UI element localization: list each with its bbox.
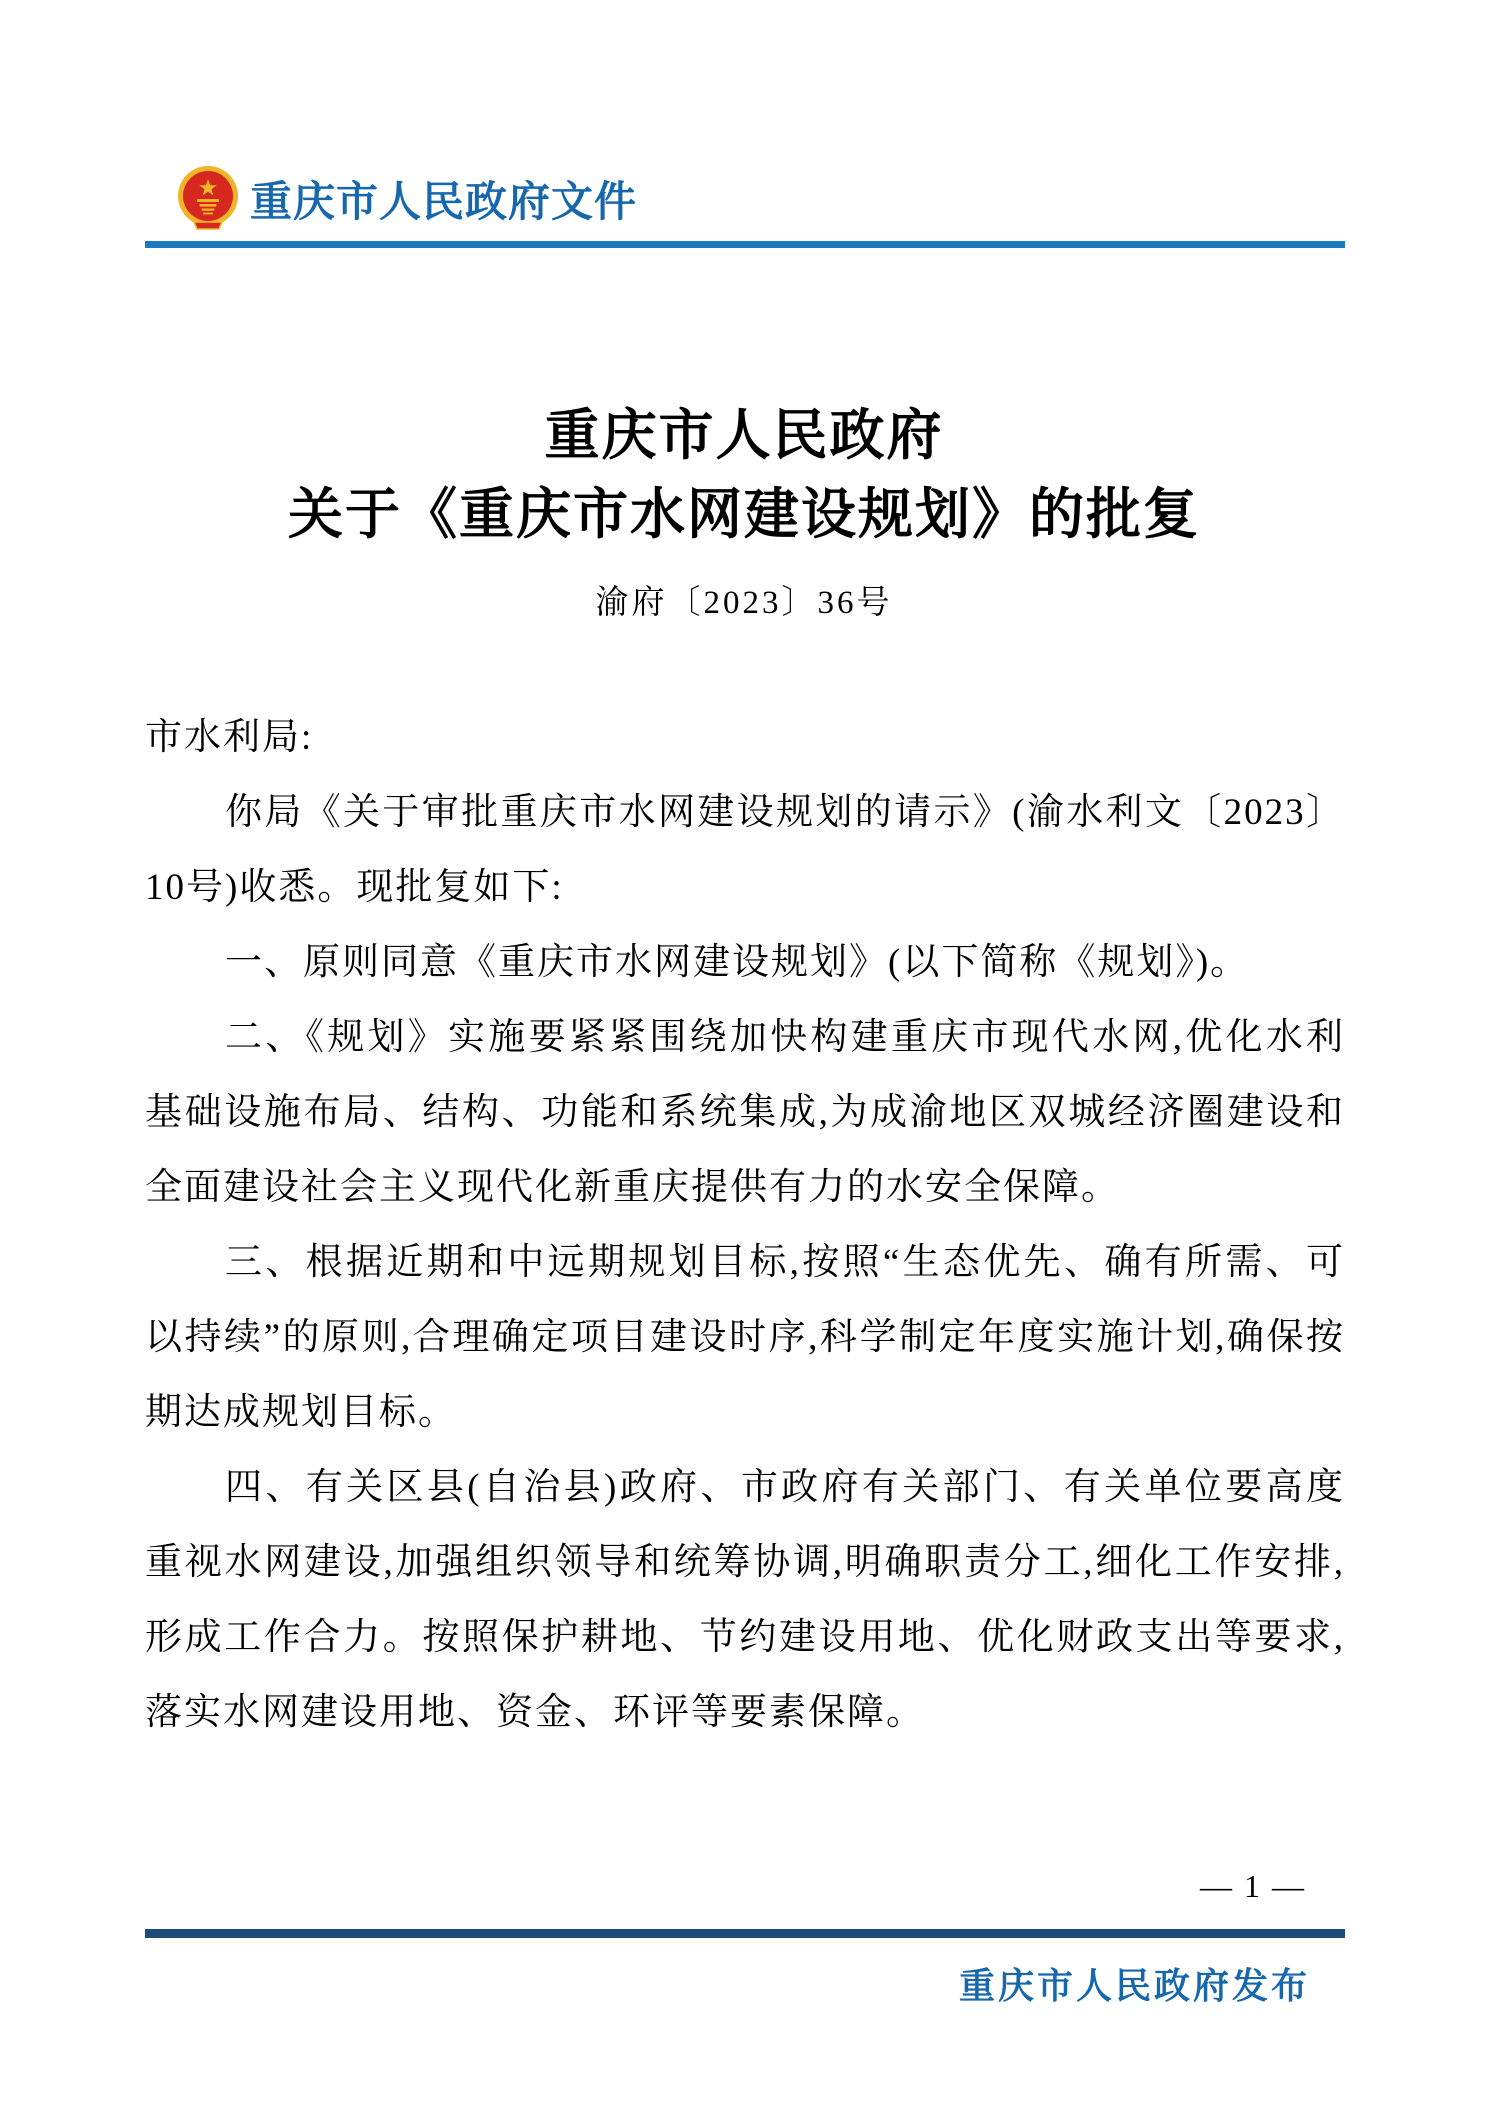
body-paragraph: 三、根据近期和中远期规划目标,按照“生态优先、确有所需、可以持续”的原则,合理确… [145,1225,1345,1450]
document-title: 重庆市人民政府 关于《重庆市水网建设规划》的批复 [144,396,1344,554]
document-page: 重庆市人民政府文件 重庆市人民政府 关于《重庆市水网建设规划》的批复 渝府〔20… [0,0,1488,2104]
publisher-label: 重庆市人民政府发布 [959,1958,1310,2009]
footer-divider [145,1929,1345,1938]
document-title-line1: 重庆市人民政府 [144,396,1344,475]
body-paragraph: 一、原则同意《重庆市水网建设规划》(以下简称《规划》)。 [145,925,1345,1000]
header-divider [145,241,1345,248]
body-paragraph: 你局《关于审批重庆市水网建设规划的请示》(渝水利文〔2023〕10号)收悉。现批… [145,775,1345,925]
document-number: 渝府〔2023〕36号 [144,576,1344,623]
salutation: 市水利局: [145,700,1345,775]
document-body: 市水利局: 你局《关于审批重庆市水网建设规划的请示》(渝水利文〔2023〕10号… [145,700,1345,1750]
body-paragraph: 二、《规划》实施要紧紧围绕加快构建重庆市现代水网,优化水利基础设施布局、结构、功… [145,1000,1345,1225]
body-paragraph: 四、有关区县(自治县)政府、市政府有关部门、有关单位要高度重视水网建设,加强组织… [145,1450,1345,1750]
china-national-emblem-icon [176,166,240,232]
page-number: — 1 — [1200,1868,1306,1905]
letterhead: 重庆市人民政府文件 [176,166,637,232]
document-title-line2: 关于《重庆市水网建设规划》的批复 [144,475,1344,554]
letterhead-title: 重庆市人民政府文件 [250,169,637,229]
